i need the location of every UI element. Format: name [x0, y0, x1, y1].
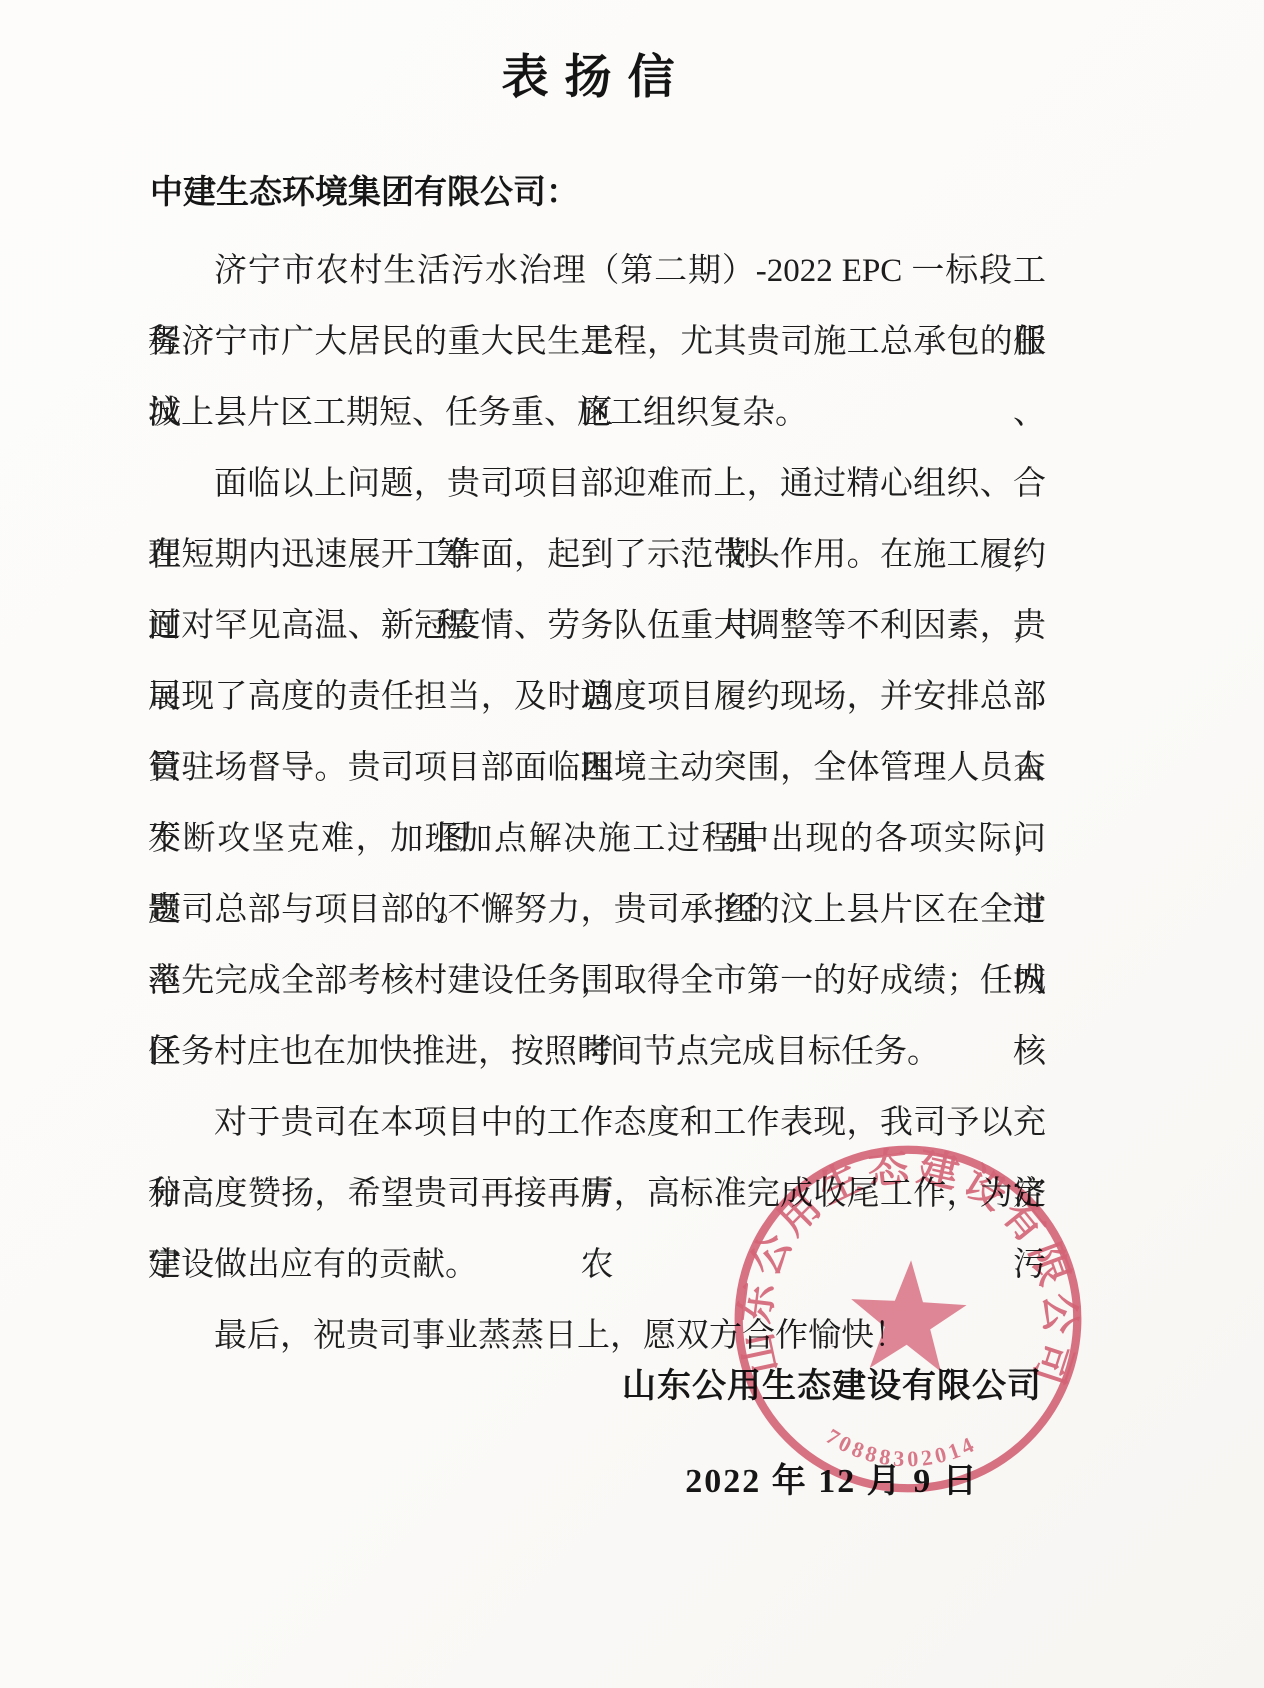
scanned-letter-page: 表扬信 中建生态环境集团有限公司： 济宁市农村生活污水治理（第二期）-2022 … — [0, 0, 1264, 1688]
signature-company: 山东公用生态建设有限公司 — [622, 1358, 1042, 1407]
letter-line: 不断攻坚克难，加班加点解决施工过程中出现的各项实际问题。经过 — [148, 804, 1046, 875]
letter-line: 和高度赞扬，希望贵司再接再厉，高标准完成收尾工作，为济宁农污 — [148, 1159, 1046, 1230]
letter-line: 任务村庄也在加快推进，按照时间节点完成目标任务。 — [148, 1017, 1046, 1088]
letter-line: 贵司总部与项目部的不懈努力，贵司承担的汶上县片区在全市范围内 — [148, 875, 1046, 946]
letter-title: 表扬信 — [148, 40, 1044, 107]
letter-salutation: 中建生态环境集团有限公司： — [150, 166, 1050, 213]
letter-body: 济宁市农村生活污水治理（第二期）-2022 EPC 一标段工程是服 务济宁市广大… — [148, 236, 1046, 1372]
letter-line: 率先完成全部考核村建设任务，取得全市第一的好成绩；任城区考核 — [148, 946, 1046, 1017]
letter-line: 面对罕见高温、新冠疫情、劳务队伍重大调整等不利因素，贵司总部 — [148, 591, 1046, 662]
letter-line: 员驻场督导。贵司项目部面临困境主动突围，全体管理人员奋发图强， — [148, 733, 1046, 804]
signature-block: 山东公用生态建设有限公司 2022 年 12 月 9 日 — [622, 1358, 1042, 1502]
signature-date: 2022 年 12 月 9 日 — [622, 1453, 1042, 1502]
letter-line: 在短期内迅速展开工作面，起到了示范带头作用。在施工履约过程中， — [148, 520, 1046, 591]
letter-line: 展现了高度的责任担当，及时调度项目履约现场，并安排总部管理人 — [148, 662, 1046, 733]
letter-line: 济宁市农村生活污水治理（第二期）-2022 EPC 一标段工程是服 — [148, 236, 1046, 307]
letter-line: 对于贵司在本项目中的工作态度和工作表现，我司予以充分肯定 — [148, 1088, 1046, 1159]
letter-line: 务济宁市广大居民的重大民生工程，尤其贵司施工总承包的任城区、 — [148, 307, 1046, 378]
letter-line: 面临以上问题，贵司项目部迎难而上，通过精心组织、合理筹划， — [148, 449, 1046, 520]
